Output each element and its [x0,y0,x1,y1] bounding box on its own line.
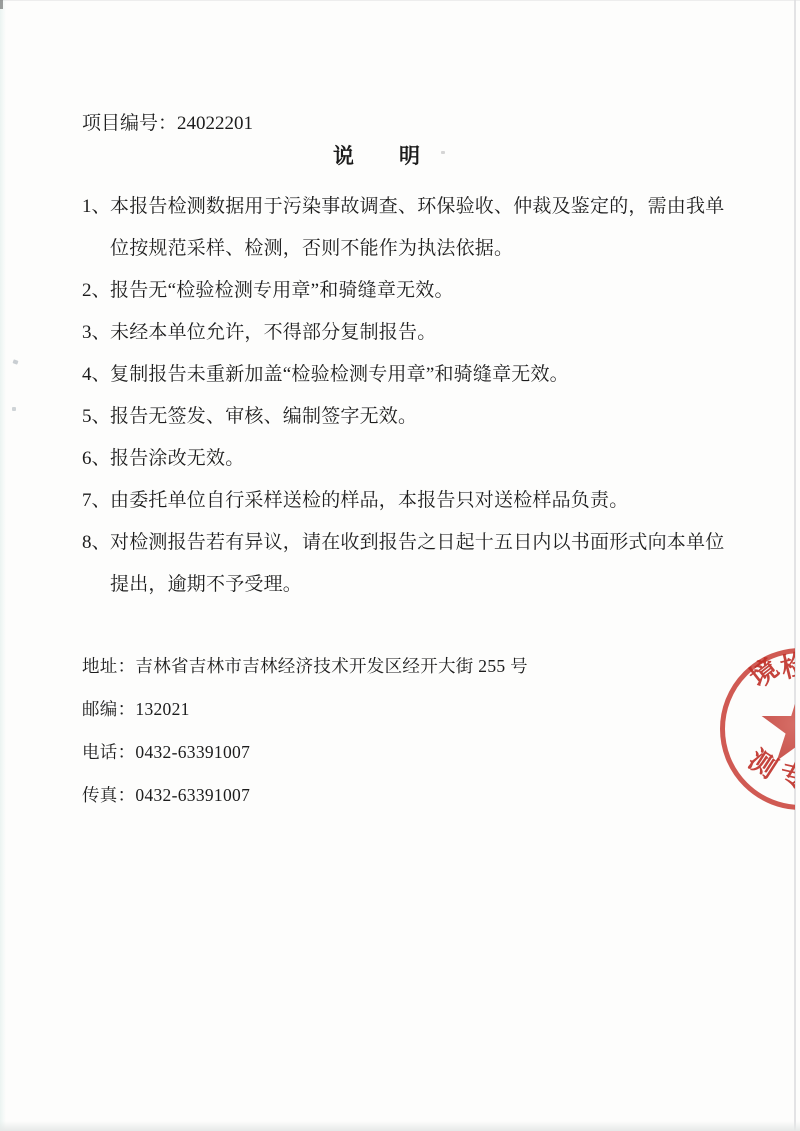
project-number-label: 项目编号： [82,113,177,134]
scan-bottom-edge [0,1121,800,1131]
paper-edge-line [794,0,796,1131]
contact-block: 地址：吉林省吉林市吉林经济技术开发区经开大街 255 号 邮编：132021 电… [82,645,528,817]
contact-value: 吉林省吉林市吉林经济技术开发区经开大街 255 号 [135,656,528,676]
contact-label: 地址： [82,656,135,676]
note-number: 2、 [82,270,111,312]
note-line: 位按规范采样、检测，否则不能作为执法依据。 [110,228,742,270]
contact-value: 132021 [135,699,189,719]
note-number: 7、 [82,480,111,522]
note-line: 由委托单位自行采样送检的样品，本报告只对送检样品负责。 [110,480,742,522]
note-line: 对检测报告若有异议，请在收到报告之日起十五日内以书面形式向本单位 [110,522,742,564]
project-number-value: 24022201 [177,113,253,134]
scan-corner-mark [0,0,3,9]
scan-top-edge [0,0,800,1]
contact-label: 传真： [82,785,135,805]
contact-label: 邮编： [82,699,135,719]
contact-row: 邮编：132021 [82,688,528,731]
scan-speck [12,359,18,364]
contact-row: 传真：0432-63391007 [82,774,528,817]
note-number: 5、 [82,396,111,438]
note-number: 8、 [82,522,111,564]
note-line: 报告无签发、审核、编制签字无效。 [110,396,742,438]
note-line: 本报告检测数据用于污染事故调查、环保验收、仲裁及鉴定的，需由我单 [110,186,742,228]
note-number: 4、 [82,354,111,396]
note-line: 报告涂改无效。 [110,438,742,480]
note-item: 5、 报告无签发、审核、编制签字无效。 [82,396,742,438]
contact-row: 电话：0432-63391007 [82,731,528,774]
contact-row: 地址：吉林省吉林市吉林经济技术开发区经开大街 255 号 [82,645,528,688]
report-notes-page: 项目编号：24022201 说 明 1、 本报告检测数据用于污染事故调查、环保验… [0,0,800,1131]
note-item: 8、 对检测报告若有异议，请在收到报告之日起十五日内以书面形式向本单位提出，逾期… [82,522,742,606]
note-item: 6、 报告涂改无效。 [82,438,742,480]
project-number-line: 项目编号：24022201 [82,110,253,138]
note-line: 复制报告未重新加盖“检验检测专用章”和骑缝章无效。 [110,354,742,396]
note-number: 6、 [82,438,111,480]
page-title: 说 明 [0,142,754,170]
notes-list: 1、 本报告检测数据用于污染事故调查、环保验收、仲裁及鉴定的，需由我单位按规范采… [82,186,742,606]
scan-speck [12,407,16,411]
note-number: 1、 [82,186,111,228]
note-item: 1、 本报告检测数据用于污染事故调查、环保验收、仲裁及鉴定的，需由我单位按规范采… [82,186,742,270]
note-line: 提出，逾期不予受理。 [110,564,742,606]
red-seal-stamp: 境 检 测 专 [718,632,795,824]
note-line: 报告无“检验检测专用章”和骑缝章无效。 [110,270,742,312]
contact-label: 电话： [82,742,135,762]
note-item: 3、 未经本单位允许，不得部分复制报告。 [82,312,742,354]
note-number: 3、 [82,312,111,354]
note-item: 7、 由委托单位自行采样送检的样品，本报告只对送检样品负责。 [82,480,742,522]
note-line: 未经本单位允许，不得部分复制报告。 [110,312,742,354]
note-item: 4、 复制报告未重新加盖“检验检测专用章”和骑缝章无效。 [82,354,742,396]
contact-value: 0432-63391007 [135,785,250,805]
contact-value: 0432-63391007 [135,742,250,762]
note-item: 2、 报告无“检验检测专用章”和骑缝章无效。 [82,270,742,312]
